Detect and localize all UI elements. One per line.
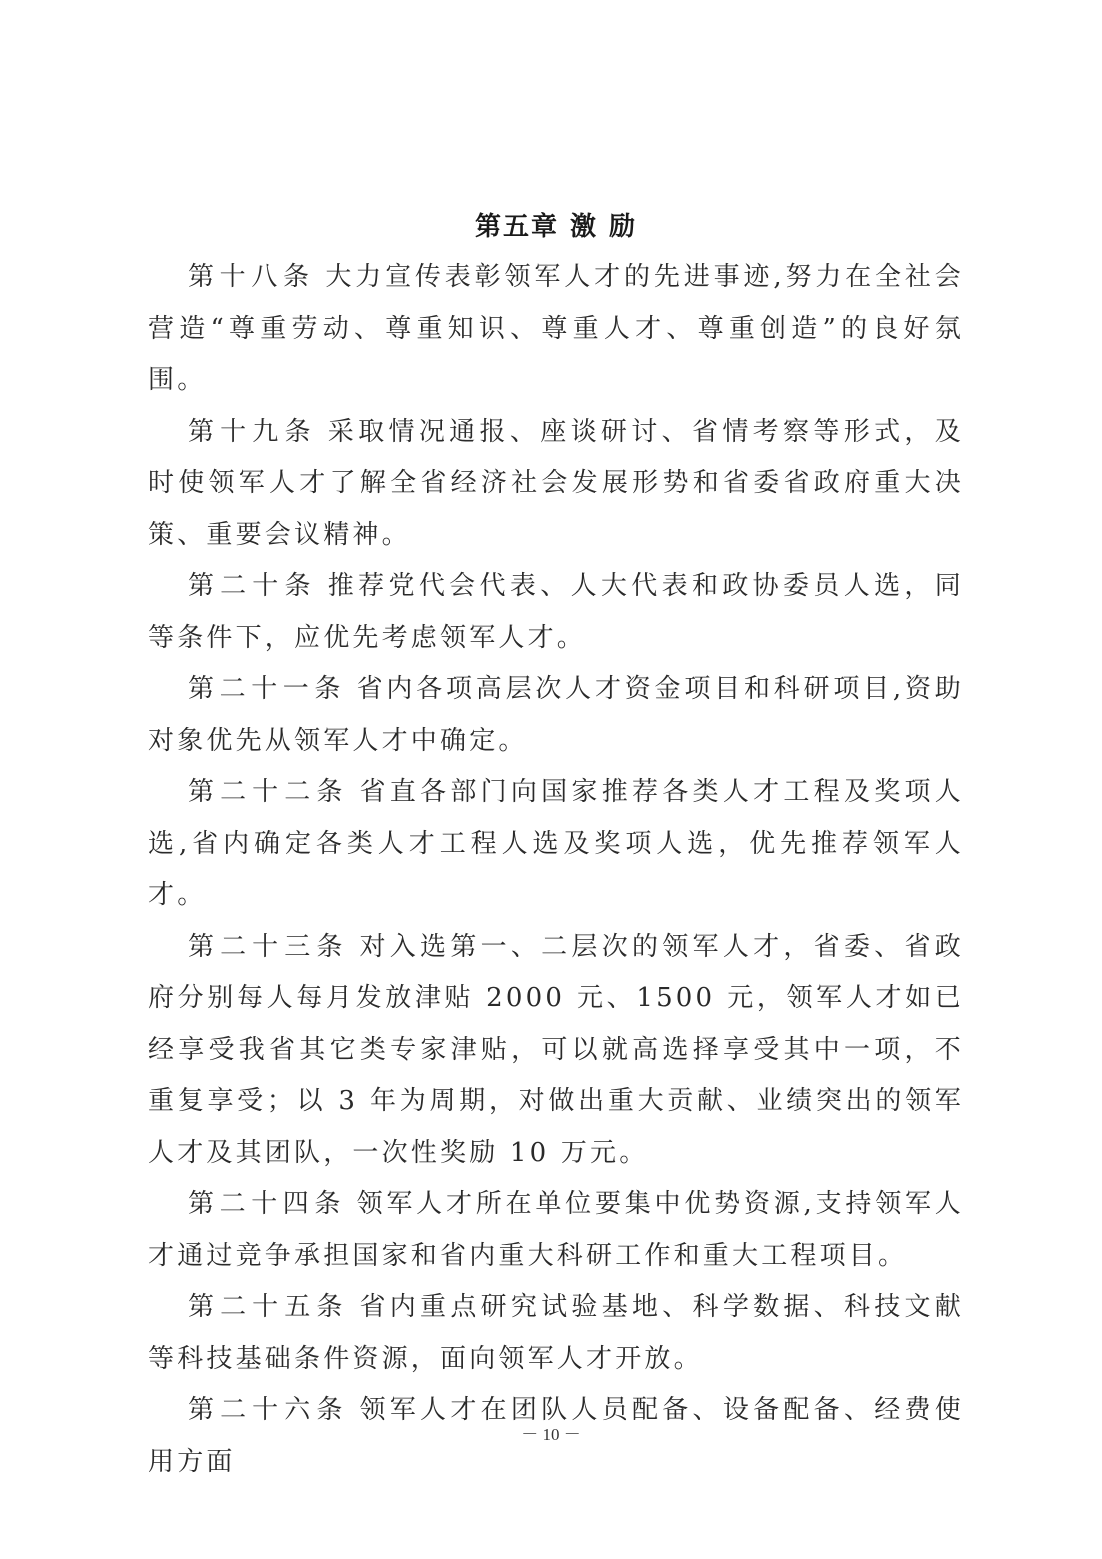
article-25: 第二十五条省内重点研究试验基地、科学数据、科技文献等科技基础条件资源，面向领军人… [148,1282,964,1385]
article-number: 第二十二条 [188,777,348,807]
article-number: 第二十四条 [188,1189,346,1219]
article-23: 第二十三条对入选第一、二层次的领军人才，省委、省政府分别每人每月发放津贴 200… [148,922,964,1180]
article-number: 第二十三条 [188,932,348,962]
document-page: 第五章 激 励 第十八条大力宣传表彰领军人才的先进事迹,努力在全社会营造“尊重劳… [148,202,964,1488]
article-19: 第十九条采取情况通报、座谈研讨、省情考察等形式，及时使领军人才了解全省经济社会发… [148,407,964,562]
article-18: 第十八条大力宣传表彰领军人才的先进事迹,努力在全社会营造“尊重劳动、尊重知识、尊… [148,252,964,407]
article-24: 第二十四条领军人才所在单位要集中优势资源,支持领军人才通过竞争承担国家和省内重大… [148,1179,964,1282]
article-number: 第十八条 [188,262,315,292]
article-20: 第二十条推荐党代会代表、人大代表和政协委员人选，同等条件下，应优先考虑领军人才。 [148,561,964,664]
article-number: 第十九条 [188,417,317,447]
chapter-title: 第五章 激 励 [148,202,964,252]
article-number: 第二十五条 [188,1292,348,1322]
article-21: 第二十一条省内各项高层次人才资金项目和科研项目,资助对象优先从领军人才中确定。 [148,664,964,767]
article-22: 第二十二条省直各部门向国家推荐各类人才工程及奖项人选,省内确定各类人才工程人选及… [148,767,964,922]
article-number: 第二十条 [188,571,317,601]
article-number: 第二十一条 [188,674,346,704]
page-number: － 10 － [0,1420,1102,1445]
article-text: 对入选第一、二层次的领军人才，省委、省政府分别每人每月发放津贴 2000 元、1… [148,932,964,1168]
